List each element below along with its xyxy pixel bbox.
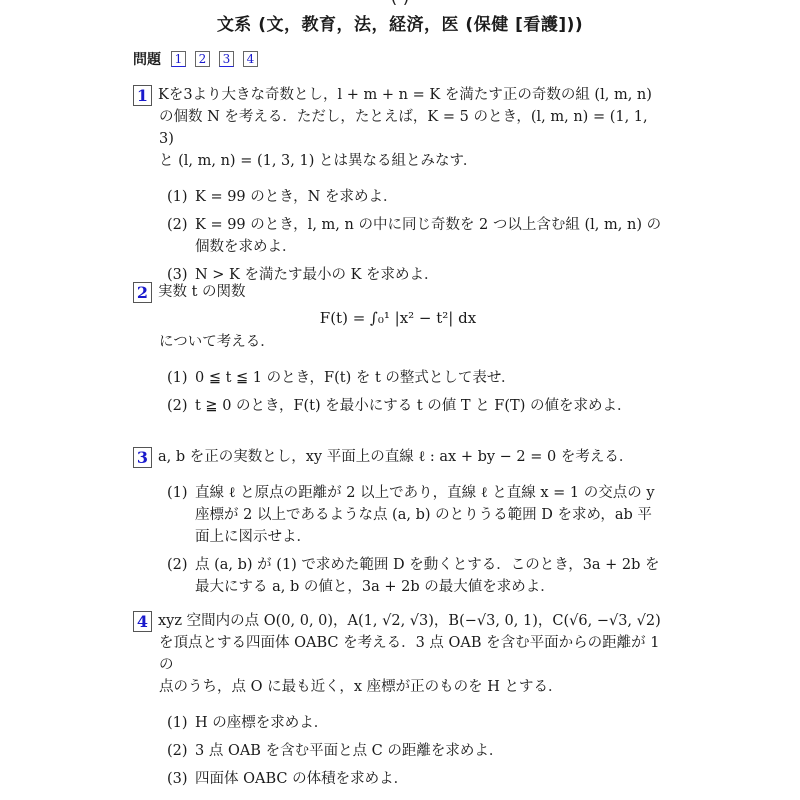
problem-2-after: について考える． xyxy=(133,331,663,353)
problem-1-line-2: の個数 N を考える．ただし，たとえば，K = 5 のとき，(l, m, n) … xyxy=(133,106,663,150)
sub-number: (3) xyxy=(167,768,188,790)
problem-number-1: 1 xyxy=(133,85,152,106)
sub-number: (2) xyxy=(167,395,188,417)
sub-text: K = 99 のとき，N を求めよ． xyxy=(195,189,397,205)
clipped-header-line: ( ) xyxy=(0,0,800,8)
problem-1-line-3: と (l, m, n) = (1, 3, 1) とは異なる組とみなす． xyxy=(133,150,663,172)
problem-4-sub-1: (1)H の座標を求めよ． xyxy=(133,712,663,734)
sub-text: 0 ≦ t ≦ 1 のとき，F(t) を t の整式として表せ． xyxy=(195,370,515,386)
problem-link-3[interactable]: 3 xyxy=(219,51,234,67)
sub-text: t ≧ 0 のとき，F(t) を最小にする t の値 T と F(T) の値を求… xyxy=(195,398,631,414)
sub-number: (2) xyxy=(167,214,188,236)
problem-2-sub-2: (2)t ≧ 0 のとき，F(t) を最小にする t の値 T と F(T) の… xyxy=(133,395,663,417)
problem-2-intro: 実数 t の関数 xyxy=(158,284,246,300)
problem-nav-label: 問題 xyxy=(133,49,161,69)
problem-4-line-2: を頂点とする四面体 OABC を考える．3 点 OAB を含む平面からの距離が … xyxy=(133,632,663,676)
sub-text: 点 (a, b) が (1) で求めた範囲 D を動くとする．このとき，3a +… xyxy=(195,557,660,595)
integral-formula: F(t) = ∫₀¹ |x² − t²| dx xyxy=(133,307,663,329)
problem-4-line-1: xyz 空間内の点 O(0, 0, 0)，A(1, √2, √3)，B(−√3,… xyxy=(158,613,661,629)
problem-1: 1Kを3より大きな奇数とし，l + m + n = K を満たす正の奇数の組 (… xyxy=(133,84,663,286)
problem-number-4: 4 xyxy=(133,611,152,632)
sub-text: 3 点 OAB を含む平面と点 C の距離を求めよ． xyxy=(195,743,503,759)
sub-text: H の座標を求めよ． xyxy=(195,715,328,731)
sub-number: (2) xyxy=(167,740,188,762)
problem-link-1[interactable]: 1 xyxy=(171,51,186,67)
sub-number: (2) xyxy=(167,554,188,576)
problem-2: 2実数 t の関数 F(t) = ∫₀¹ |x² − t²| dx について考え… xyxy=(133,281,663,417)
problem-2-sub-1: (1)0 ≦ t ≦ 1 のとき，F(t) を t の整式として表せ． xyxy=(133,367,663,389)
page-title: 文系 (文，教育，法，経済，医 (保健 [看護])) xyxy=(0,10,800,35)
problem-4-sub-2: (2)3 点 OAB を含む平面と点 C の距離を求めよ． xyxy=(133,740,663,762)
problem-1-line-1: Kを3より大きな奇数とし，l + m + n = K を満たす正の奇数の組 (l… xyxy=(158,87,652,103)
problem-3-intro: a, b を正の実数とし，xy 平面上の直線 ℓ : ax + by − 2 =… xyxy=(158,449,633,465)
problem-link-4[interactable]: 4 xyxy=(243,51,258,67)
sub-text: 四面体 OABC の体積を求めよ． xyxy=(195,771,408,787)
problem-number-3: 3 xyxy=(133,447,152,468)
problem-3-sub-2: (2)点 (a, b) が (1) で求めた範囲 D を動くとする．このとき，3… xyxy=(133,554,663,598)
problem-3: 3a, b を正の実数とし，xy 平面上の直線 ℓ : ax + by − 2 … xyxy=(133,446,663,598)
problem-4-sub-3: (3)四面体 OABC の体積を求めよ． xyxy=(133,768,663,790)
problem-link-2[interactable]: 2 xyxy=(195,51,210,67)
problem-3-sub-1: (1)直線 ℓ と原点の距離が 2 以上であり，直線 ℓ と直線 x = 1 の… xyxy=(133,482,663,548)
problem-number-2: 2 xyxy=(133,282,152,303)
problem-nav: 問題 1 2 3 4 xyxy=(133,49,267,69)
sub-text: 直線 ℓ と原点の距離が 2 以上であり，直線 ℓ と直線 x = 1 の交点の… xyxy=(195,485,655,545)
problem-1-sub-2: (2)K = 99 のとき，l, m, n の中に同じ奇数を 2 つ以上含む組 … xyxy=(133,214,663,258)
sub-number: (1) xyxy=(167,367,188,389)
problem-1-sub-1: (1)K = 99 のとき，N を求めよ． xyxy=(133,186,663,208)
problem-4-line-3: 点のうち，点 O に最も近く，x 座標が正のものを H とする． xyxy=(133,676,663,698)
problem-4: 4xyz 空間内の点 O(0, 0, 0)，A(1, √2, √3)，B(−√3… xyxy=(133,610,663,790)
sub-number: (1) xyxy=(167,186,188,208)
sub-text: K = 99 のとき，l, m, n の中に同じ奇数を 2 つ以上含む組 (l,… xyxy=(195,217,661,255)
sub-number: (1) xyxy=(167,482,188,504)
sub-number: (1) xyxy=(167,712,188,734)
